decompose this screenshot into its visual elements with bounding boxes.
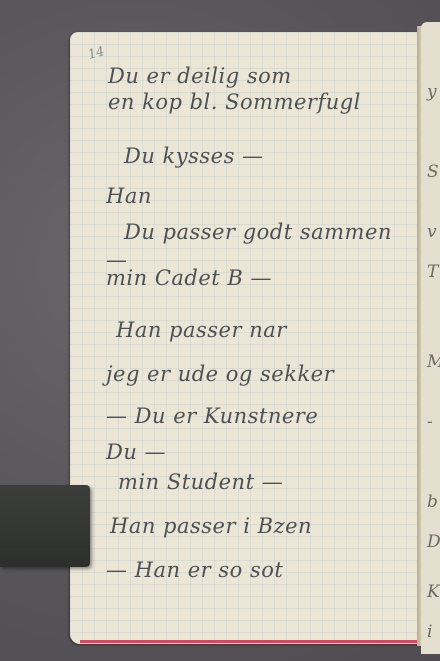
handwritten-line: min Cadet B — [106, 266, 272, 290]
next-page-fragment: y [427, 82, 437, 102]
handwritten-line: Du passer godt sammen [124, 220, 392, 244]
next-page-fragment: M [427, 352, 440, 372]
page-number: 14 [86, 44, 106, 63]
handwritten-line: Han passer i Bzen [110, 514, 312, 538]
notebook-page: 14 Du er deilig somen kop bl. Sommerfugl… [70, 32, 420, 644]
handwritten-line: en kop bl. Sommerfugl [108, 90, 361, 114]
handwritten-line: Han [106, 184, 152, 208]
binder-clip [0, 485, 90, 567]
next-page-fragment: K [427, 582, 440, 602]
handwritten-line: min Student — [118, 470, 283, 494]
next-page-fragment: i [427, 622, 432, 642]
next-page-fragment: v [427, 222, 437, 242]
page-edge-bottom [80, 640, 420, 643]
next-page-fragment: T [427, 262, 438, 282]
handwritten-line: Han passer nar [116, 318, 287, 342]
handwritten-line: jeg er ude og sekker [106, 362, 334, 386]
next-page-fragment: D [427, 532, 440, 552]
handwritten-line: — Du er Kunstnere [106, 404, 318, 428]
handwritten-line: Du er deilig som [108, 64, 292, 88]
next-page-fragment: - [427, 412, 433, 432]
handwritten-line: — Han er so sot [106, 558, 283, 582]
next-page-fragment: b [427, 492, 438, 512]
handwritten-line: Du — [106, 440, 166, 464]
next-page: ySvTM-bDKi [421, 22, 440, 654]
next-page-fragment: S [427, 162, 439, 182]
handwritten-line: Du kysses — [124, 144, 264, 168]
